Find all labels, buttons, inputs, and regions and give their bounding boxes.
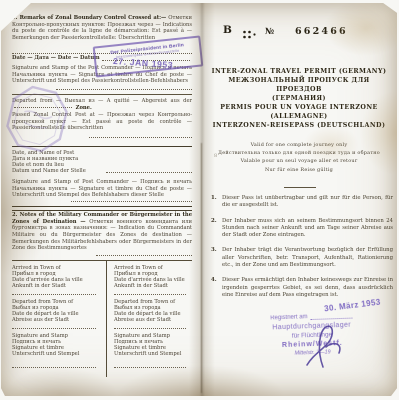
scanned-travel-permit: 1. Remarks of Zonal Boundary Control Cro…: [0, 0, 399, 400]
blank-rule: [12, 293, 96, 295]
title-line: INTER-ZONAL TRAVEL PERMIT (GERMANY): [205, 67, 393, 76]
blank-rule: [96, 254, 192, 256]
cell-line: Abreise aus der Stadt: [12, 318, 79, 324]
section2-notes: 2. Notes of the Military Commander or Bü…: [12, 212, 192, 252]
condition-text: Dieser Pass ist unübertragbar und gilt n…: [222, 195, 393, 210]
blank-rule: [12, 366, 96, 368]
departed-cell: Departed from Town of Выбыл из города Da…: [12, 300, 79, 324]
arrived-cell: Arrived in Town of Прибыл в город Date d…: [12, 266, 83, 290]
signature-cell: Signature and Stamp Подпись и печать Sig…: [114, 334, 181, 358]
number-sign: №: [265, 27, 274, 37]
condition-item: 4. Dieser Pass ermächtigt den Inhaber ke…: [211, 277, 393, 299]
center-fold-line: [201, 143, 202, 393]
permit-title-block: INTER-ZONAL TRAVEL PERMIT (GERMANY) МЕЖЗ…: [205, 67, 393, 130]
title-line: PERMIS POUR UN VOYAGE INTERZONE: [205, 103, 393, 112]
condition-text: Der Inhaber trägt die Verantwortung bezü…: [222, 247, 393, 269]
blank-rule: [114, 366, 186, 368]
validity-block: Valid for one complete journey only Дейс…: [205, 141, 393, 174]
condition-number: 3.: [211, 247, 222, 269]
zone-suffix-label: Zone.: [76, 105, 92, 111]
blank-rule: [114, 293, 186, 295]
condition-number: 4.: [211, 277, 222, 299]
cell-line: Unterschrift und Stempel: [114, 352, 181, 358]
cell-line: Unterschrift und Stempel: [12, 352, 79, 358]
departed-cell: Departed from Town of Выбыл из города Da…: [114, 300, 181, 324]
conditions-list: 1. Dieser Pass ist unübertragbar und gil…: [211, 195, 393, 307]
condition-item: 3. Der Inhaber trägt die Verantwortung b…: [211, 247, 393, 269]
condition-text: Der Inhaber muss sich an seinem Bestimmu…: [222, 218, 393, 240]
condition-item: 2. Der Inhaber muss sich an seinem Besti…: [211, 218, 393, 240]
section1-remarks: 1. Remarks of Zonal Boundary Control Cro…: [12, 15, 192, 42]
blank-rule: [56, 88, 192, 90]
cell-line: Ankunft in der Stadt: [12, 284, 83, 290]
title-line: МЕЖЗОНАЛЬНЫЙ ПРОПУСК ДЛЯ ПРОЕЗДОВ: [205, 76, 393, 94]
condition-item: 1. Dieser Pass ist unübertragbar und gil…: [211, 195, 393, 210]
divider-rule: [284, 187, 316, 188]
blank-rule: [71, 200, 192, 202]
signature2-caption: Signature and Stamp of Post Commander — …: [12, 179, 192, 199]
serial-dots-icon: [242, 29, 259, 40]
document-paper: 1. Remarks of Zonal Boundary Control Cro…: [1, 3, 397, 396]
title-line: (ALLEMAGNE): [205, 112, 393, 121]
cell-line: Ankunft in der Stadt: [114, 284, 185, 290]
date-line-label: Date — Дата — Date — Datum: [12, 56, 100, 62]
validity-line: Valable pour un seul voyage aller et ret…: [205, 157, 393, 165]
handwritten-signature-icon: [293, 321, 351, 371]
arrival-grid: Arrived in Town of Прибыл в город Date d…: [12, 260, 192, 377]
grid-column-right: Arrived in Town of Прибыл в город Date d…: [106, 261, 193, 377]
series-letter: B: [223, 24, 232, 36]
condition-number: 1.: [211, 195, 222, 210]
section1-lead: 1. Remarks of Zonal Boundary Control Cro…: [12, 15, 166, 21]
blank-rule: [89, 136, 192, 138]
dotted-fill: [311, 318, 353, 320]
signature-cell: Signature and Stamp Подпись и печать Sig…: [12, 334, 79, 358]
arrived-cell: Arrived in Town of Прибыл в город Date d…: [114, 266, 185, 290]
title-line: INTERZONEN-REISEPASS (DEUTSCHLAND): [205, 121, 393, 130]
condition-text: Dieser Pass ermächtigt den Inhaber keine…: [222, 277, 393, 299]
blank-rule: [12, 327, 96, 329]
blank-rule: [106, 171, 192, 173]
validity-line: Valid for one complete journey only: [205, 141, 393, 149]
blank-rule: [114, 327, 186, 329]
validity-line: Действительна только для одной поездки т…: [205, 149, 393, 157]
double-rule: [12, 206, 192, 211]
margin-mark: 8: [214, 153, 217, 159]
serial-number: 662466: [295, 26, 348, 37]
validity-line: Nur für eine Reise gültig: [205, 166, 393, 174]
grid-column-left: Arrived in Town of Прибыл в город Date d…: [12, 261, 98, 377]
cell-line: Abreise aus der Stadt: [114, 318, 181, 324]
title-line: (ГЕРМАНИЯ): [205, 94, 393, 103]
condition-number: 2.: [211, 218, 222, 240]
